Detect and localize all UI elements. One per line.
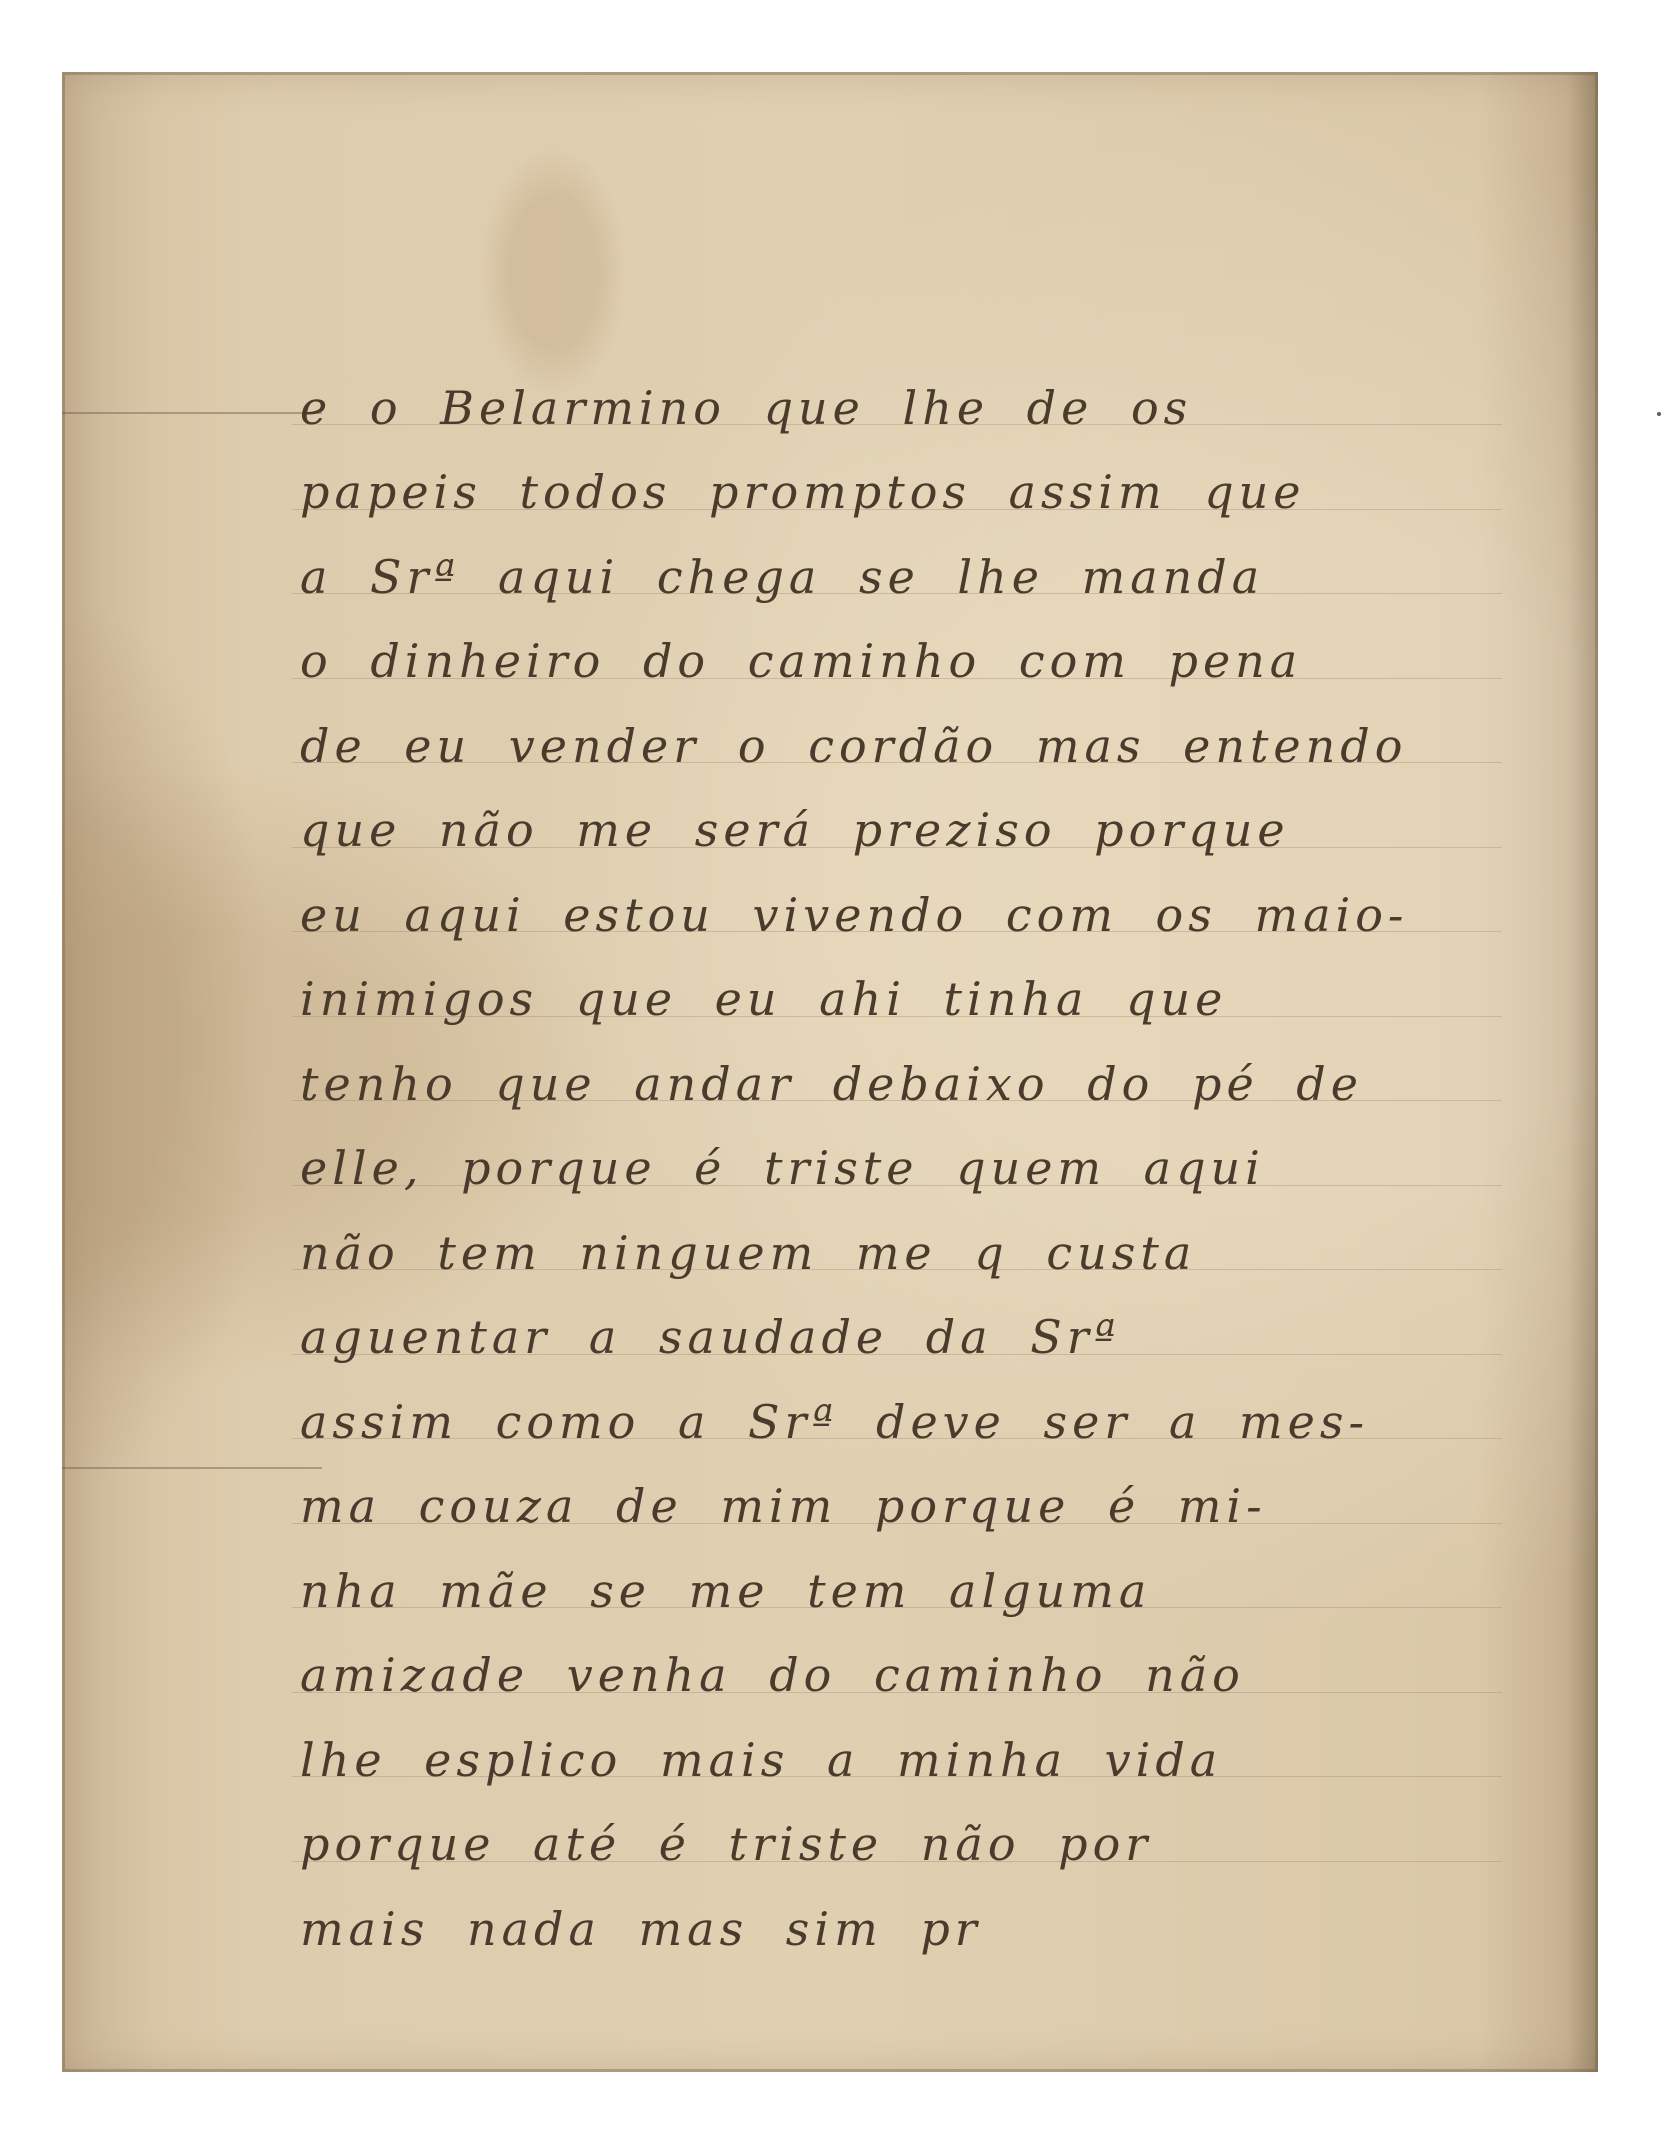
letter-text: e o Belarmino que lhe de os papeis todos… (300, 360, 1500, 1966)
text-line: papeis todos promptos assim que (300, 445, 1500, 530)
text-line: aguentar a saudade da Srª (300, 1290, 1500, 1375)
text-line: ma couza de mim porque é mi- (300, 1459, 1500, 1544)
text-line: eu aqui estou vivendo com os maio- (300, 867, 1500, 952)
text-line: inimigos que eu ahi tinha que (300, 952, 1500, 1037)
text-line: não tem ninguem me q custa (300, 1205, 1500, 1290)
text-line: porque até é triste não por (300, 1797, 1500, 1882)
text-line: elle, porque é triste quem aqui (300, 1121, 1500, 1206)
fold-crease-middle (62, 1467, 322, 1469)
fold-crease-top (62, 412, 322, 414)
text-line: que não me será preziso porque (300, 783, 1500, 868)
text-line: a Srª aqui chega se lhe manda (300, 529, 1500, 614)
text-line: assim como a Srª deve ser a mes- (300, 1374, 1500, 1459)
text-line: e o Belarmino que lhe de os (300, 360, 1500, 445)
text-line: o dinheiro do caminho com pena (300, 614, 1500, 699)
text-line: nha mãe se me tem alguma (300, 1543, 1500, 1628)
text-line: amizade venha do caminho não (300, 1628, 1500, 1713)
text-line: lhe esplico mais a minha vida (300, 1712, 1500, 1797)
text-line: mais nada mas sim pr (300, 1881, 1500, 1966)
text-line: tenho que andar debaixo do pé de (300, 1036, 1500, 1121)
text-line: de eu vender o cordão mas entendo (300, 698, 1500, 783)
stray-ink-dot (1657, 412, 1661, 416)
